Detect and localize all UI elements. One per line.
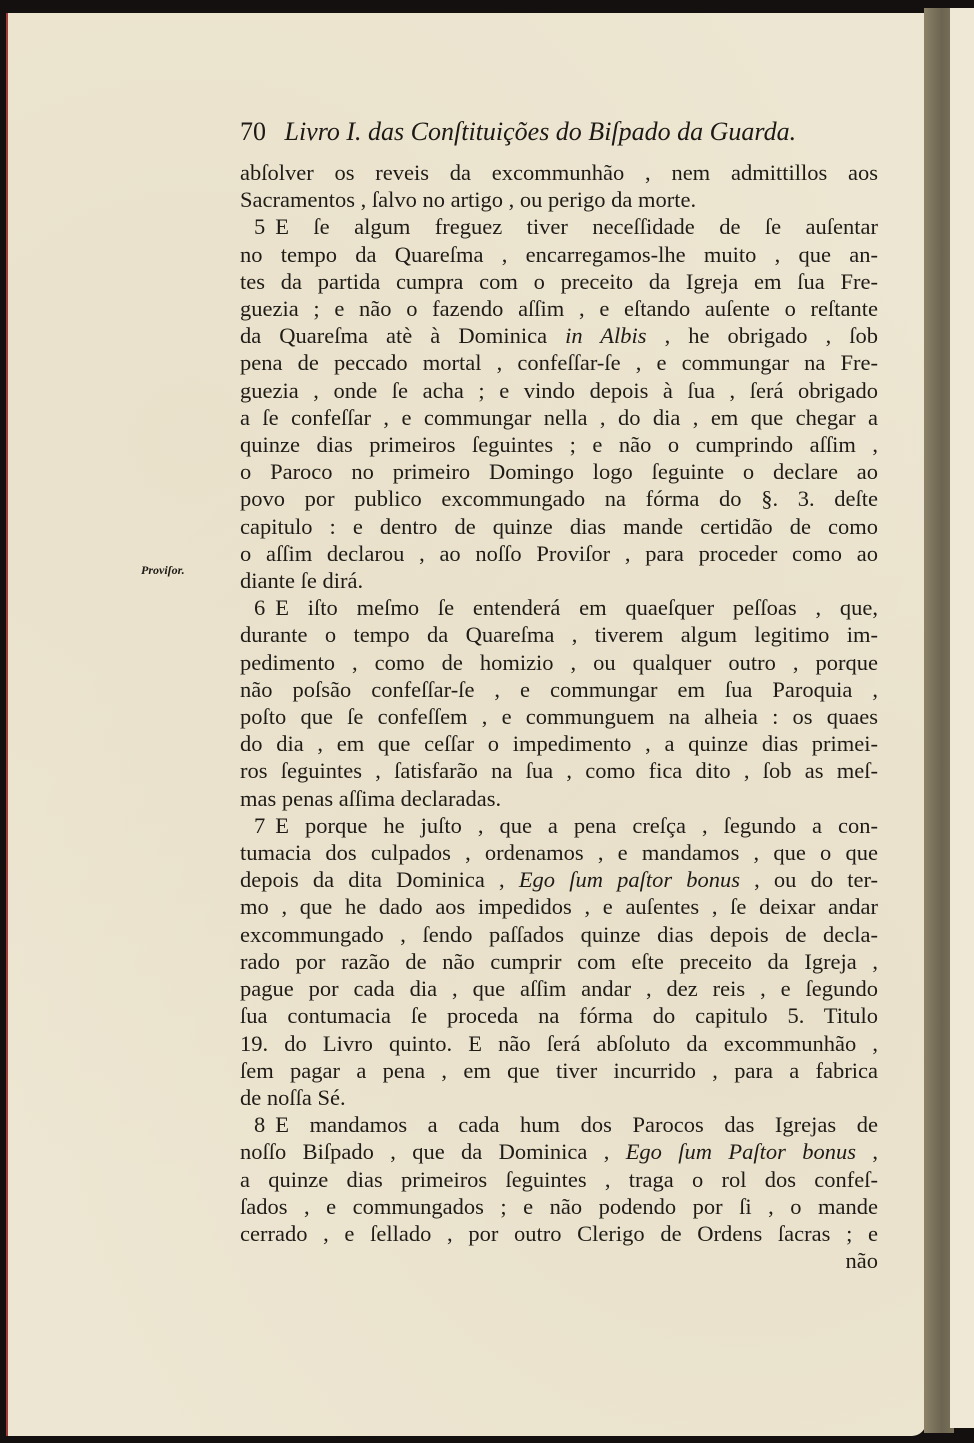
line-text: o aſſim declarou , ao noſſo Proviſor , p…: [240, 541, 878, 566]
line-text: quinze dias primeiros ſeguintes ; e não …: [240, 432, 878, 457]
line-text: abſolver os reveis da excommunhão , nem …: [240, 160, 878, 185]
text-line: ſem pagar a pena , em que tiver incurrid…: [240, 1057, 878, 1084]
text-line: ſua contumacia ſe proceda na fórma do ca…: [240, 1002, 878, 1029]
line-text: de noſſa Sé.: [240, 1085, 346, 1110]
running-title: Livro I. das Conſtituições do Biſpado da…: [285, 117, 797, 146]
line-text: o Paroco no primeiro Domingo logo ſeguin…: [240, 459, 878, 484]
line-text: mo , que he dado aos impedidos , e auſen…: [240, 894, 878, 919]
line-text: E mandamos a cada hum dos Parocos das Ig…: [275, 1112, 878, 1137]
line-text: ſem pagar a pena , em que tiver incurrid…: [240, 1058, 878, 1083]
text-line: o aſſim declarou , ao noſſo Proviſor , p…: [240, 540, 878, 567]
text-line: rado por razão de não cumprir com eſte p…: [240, 948, 878, 975]
line-text: pedimento , como de homizio , ou qualque…: [240, 650, 878, 675]
text-line: guezia ; e não o fazendo aſſim , e eſtan…: [240, 295, 878, 322]
line-text: povo por publico excommungado na fórma d…: [240, 486, 878, 511]
paragraph-start-line: 7E porque he juſto , que a pena creſça ,…: [240, 812, 878, 839]
line-text: guezia ; e não o fazendo aſſim , e eſtan…: [240, 296, 878, 321]
line-text: tumacia dos culpados , ordenamos , e man…: [240, 840, 878, 865]
text-line: a ſe confeſſar , e commungar nella , do …: [240, 404, 878, 431]
text-line: abſolver os reveis da excommunhão , nem …: [240, 159, 878, 186]
text-line: ſados , e commungados ; e não podendo po…: [240, 1193, 878, 1220]
text-line: de noſſa Sé.: [240, 1084, 878, 1111]
line-text: mas penas aſſima declaradas.: [240, 786, 501, 811]
text-line: diante ſe dirá.: [240, 567, 878, 594]
text-line: poſto que ſe confeſſem , e communguem na…: [240, 703, 878, 730]
line-text: ſua contumacia ſe proceda na fórma do ca…: [240, 1003, 878, 1028]
text-line: excommungado , ſendo paſſados quinze dia…: [240, 921, 878, 948]
text-line: a quinze dias primeiros ſeguintes , trag…: [240, 1166, 878, 1193]
book-page: 70 Livro I. das Conſtituições do Biſpado…: [6, 13, 926, 1436]
text-line: do dia , em que ceſſar o impedimento , a…: [240, 730, 878, 757]
line-text: Sacramentos , ſalvo no artigo , ou perig…: [240, 187, 696, 212]
line-text: noſſo Biſpado , que da Dominica ,: [240, 1139, 626, 1164]
line-text: poſto que ſe confeſſem , e communguem na…: [240, 704, 878, 729]
line-text: E iſto meſmo ſe entenderá em quaeſquer p…: [275, 595, 878, 620]
margin-note: Proviſor.: [141, 563, 185, 578]
text-line: tumacia dos culpados , ordenamos , e man…: [240, 839, 878, 866]
line-text: , he obrigado , ſob: [647, 323, 878, 348]
line-text: E ſe algum freguez tiver neceſſidade de …: [275, 214, 878, 239]
facing-page-edge: [950, 8, 974, 1428]
line-text: depois da dita Dominica ,: [240, 867, 519, 892]
line-text: guezia , onde ſe acha ; e vindo depois à…: [240, 378, 878, 403]
text-line: no tempo da Quareſma , encarregamos-lhe …: [240, 241, 878, 268]
line-text: cerrado , e ſellado , por outro Clerigo …: [240, 1221, 878, 1246]
text-line: ros ſeguintes , ſatisfarão na ſua , como…: [240, 757, 878, 784]
line-text: rado por razão de não cumprir com eſte p…: [240, 949, 878, 974]
text-line: 19. do Livro quinto. E não ſerá abſoluto…: [240, 1030, 878, 1057]
latin-phrase: Ego ſum paſtor bonus: [519, 867, 740, 892]
line-text: capitulo : e dentro de quinze dias mande…: [240, 514, 878, 539]
line-text: a quinze dias primeiros ſeguintes , trag…: [240, 1167, 878, 1192]
text-line: não: [240, 1247, 878, 1274]
text-line: mo , que he dado aos impedidos , e auſen…: [240, 893, 878, 920]
line-text: E porque he juſto , que a pena creſça , …: [275, 813, 878, 838]
text-line: durante o tempo da Quareſma , tiverem al…: [240, 621, 878, 648]
paragraph-number: 8: [254, 1111, 265, 1138]
text-line: mas penas aſſima declaradas.: [240, 785, 878, 812]
paragraph-start-line: 8E mandamos a cada hum dos Parocos das I…: [240, 1111, 878, 1138]
text-line: capitulo : e dentro de quinze dias mande…: [240, 513, 878, 540]
line-text: diante ſe dirá.: [240, 568, 363, 593]
text-line: cerrado , e ſellado , por outro Clerigo …: [240, 1220, 878, 1247]
paragraph-number: 6: [254, 594, 265, 621]
paragraph-number: 7: [254, 812, 265, 839]
body-text: abſolver os reveis da excommunhão , nem …: [240, 159, 878, 1274]
line-text: da Quareſma atè à Dominica: [240, 323, 565, 348]
paragraph-number: 5: [254, 213, 265, 240]
line-text: a ſe confeſſar , e commungar nella , do …: [240, 405, 878, 430]
text-line: pedimento , como de homizio , ou qualque…: [240, 649, 878, 676]
line-text: do dia , em que ceſſar o impedimento , a…: [240, 731, 878, 756]
line-text: excommungado , ſendo paſſados quinze dia…: [240, 922, 878, 947]
text-line: noſſo Biſpado , que da Dominica , Ego ſu…: [240, 1138, 878, 1165]
line-text: ſados , e commungados ; e não podendo po…: [240, 1194, 878, 1219]
text-line: tes da partida cumpra com o preceito da …: [240, 268, 878, 295]
paragraph-start-line: 6E iſto meſmo ſe entenderá em quaeſquer …: [240, 594, 878, 621]
page-number: 70: [240, 117, 266, 146]
line-text: no tempo da Quareſma , encarregamos-lhe …: [240, 242, 878, 267]
text-line: não poſsão confeſſar-ſe , e commungar em…: [240, 676, 878, 703]
line-text: ,: [856, 1139, 878, 1164]
line-text: tes da partida cumpra com o preceito da …: [240, 269, 878, 294]
latin-phrase: Ego ſum Paſtor bonus: [626, 1139, 856, 1164]
line-text: durante o tempo da Quareſma , tiverem al…: [240, 622, 878, 647]
line-text: 19. do Livro quinto. E não ſerá abſoluto…: [240, 1031, 878, 1056]
paragraph-start-line: 5E ſe algum freguez tiver neceſſidade de…: [240, 213, 878, 240]
text-line: depois da dita Dominica , Ego ſum paſtor…: [240, 866, 878, 893]
text-line: Sacramentos , ſalvo no artigo , ou perig…: [240, 186, 878, 213]
line-text: pena de peccado mortal , confeſſar-ſe , …: [240, 350, 878, 375]
text-line: da Quareſma atè à Dominica in Albis , he…: [240, 322, 878, 349]
line-text: , ou do ter-: [740, 867, 878, 892]
line-text: não: [846, 1248, 879, 1273]
running-header: 70 Livro I. das Conſtituições do Biſpado…: [240, 117, 880, 147]
latin-phrase: in Albis: [565, 323, 646, 348]
text-line: povo por publico excommungado na fórma d…: [240, 485, 878, 512]
text-line: quinze dias primeiros ſeguintes ; e não …: [240, 431, 878, 458]
text-line: o Paroco no primeiro Domingo logo ſeguin…: [240, 458, 878, 485]
text-line: guezia , onde ſe acha ; e vindo depois à…: [240, 377, 878, 404]
text-line: pague por cada dia , que aſſim andar , d…: [240, 975, 878, 1002]
line-text: ros ſeguintes , ſatisfarão na ſua , como…: [240, 758, 878, 783]
line-text: não poſsão confeſſar-ſe , e commungar em…: [240, 677, 878, 702]
text-line: pena de peccado mortal , confeſſar-ſe , …: [240, 349, 878, 376]
line-text: pague por cada dia , que aſſim andar , d…: [240, 976, 878, 1001]
